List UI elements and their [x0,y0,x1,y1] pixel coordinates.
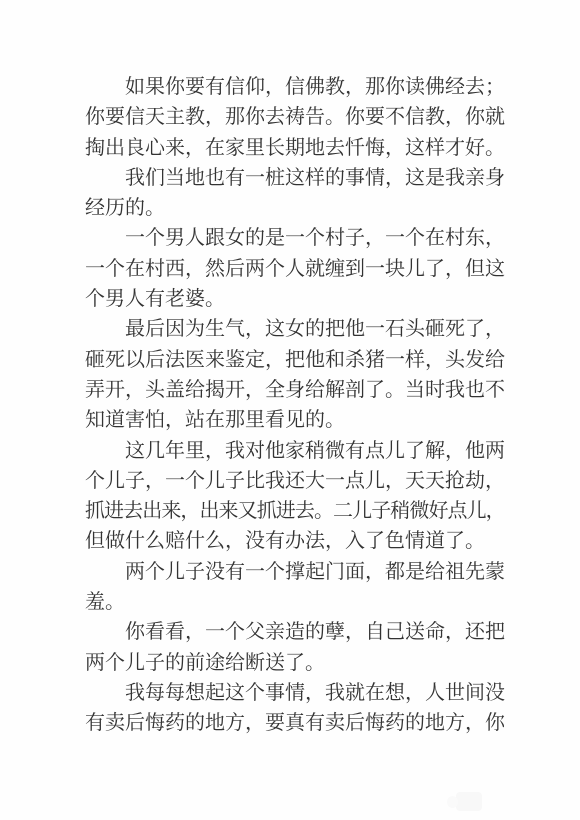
text-line: 个男人有老婆。 [85,284,505,314]
text-line: 砸死以后法医来鉴定，把他和杀猪一样，头发给 [85,345,505,375]
paragraph: 一个男人跟女的是一个村子，一个在村东，一个在村西，然后两个人就缠到一块儿了，但这… [85,223,505,314]
text-line: 抓进去出来，出来又抓进去。二儿子稍微好点儿， [85,496,505,526]
page: { "page": { "background": "#fefefe", "te… [0,0,580,820]
text-line: 弄开，头盖给揭开，全身给解剖了。当时我也不 [85,375,505,405]
paragraph: 我每每想起这个事情，我就在想，人世间没有卖后悔药的地方，要真有卖后悔药的地方，你 [85,678,505,739]
text-line: 如果你要有信仰，信佛教，那你读佛经去； [85,72,505,102]
text-line: 掏出良心来，在家里长期地去忏悔，这样才好。 [85,133,505,163]
text-line: 知道害怕，站在那里看见的。 [85,405,505,435]
text-line: 羞。 [85,587,505,617]
text-line: 个儿子，一个儿子比我还大一点儿，天天抢劫， [85,466,505,496]
text-line: 两个儿子的前途给断送了。 [85,648,505,678]
text-line: 有卖后悔药的地方，要真有卖后悔药的地方，你 [85,708,505,738]
paragraph: 如果你要有信仰，信佛教，那你读佛经去；你要信天主教，那你去祷告。你要不信教，你就… [85,72,505,163]
text-line: 你要信天主教，那你去祷告。你要不信教，你就 [85,102,505,132]
text-line: 这几年里，我对他家稍微有点儿了解，他两 [85,436,505,466]
text-line: 我们当地也有一桩这样的事情，这是我亲身 [85,163,505,193]
text-line: 一个男人跟女的是一个村子，一个在村东， [85,223,505,253]
paragraph: 两个儿子没有一个撑起门面，都是给祖先蒙羞。 [85,557,505,618]
article-text: 如果你要有信仰，信佛教，那你读佛经去；你要信天主教，那你去祷告。你要不信教，你就… [85,72,505,739]
text-line: 经历的。 [85,193,505,223]
text-line: 你看看，一个父亲造的孽，自己送命，还把 [85,617,505,647]
watermark-icon [456,792,482,811]
text-line: 我每每想起这个事情，我就在想，人世间没 [85,678,505,708]
text-line: 最后因为生气，这女的把他一石头砸死了， [85,314,505,344]
text-line: 两个儿子没有一个撑起门面，都是给祖先蒙 [85,557,505,587]
paragraph: 你看看，一个父亲造的孽，自己送命，还把两个儿子的前途给断送了。 [85,617,505,678]
text-line: 但做什么赔什么，没有办法，入了色情道了。 [85,526,505,556]
paragraph: 最后因为生气，这女的把他一石头砸死了，砸死以后法医来鉴定，把他和杀猪一样，头发给… [85,314,505,435]
paragraph: 我们当地也有一桩这样的事情，这是我亲身经历的。 [85,163,505,224]
paragraph: 这几年里，我对他家稍微有点儿了解，他两个儿子，一个儿子比我还大一点儿，天天抢劫，… [85,436,505,557]
text-line: 一个在村西，然后两个人就缠到一块儿了，但这 [85,254,505,284]
